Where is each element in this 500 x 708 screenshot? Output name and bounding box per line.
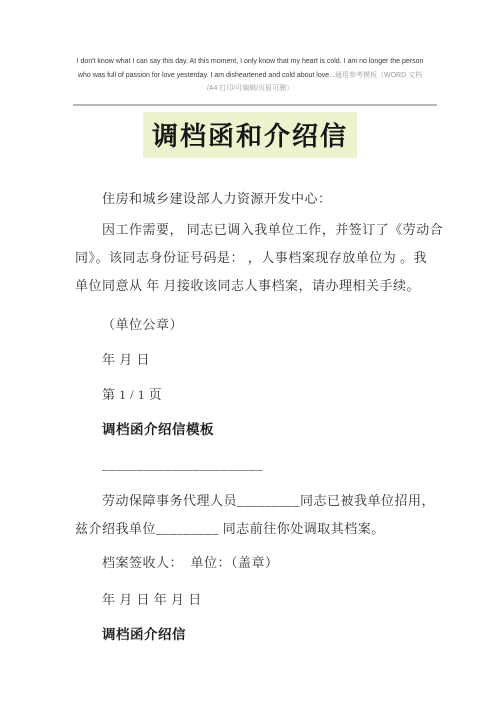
addressee-line: 住房和城乡建设部人力资源开发中心： [75,190,482,208]
header-template-note-2: /A4 打印/可编辑/页眉可删） [207,85,293,92]
date-line-1: 年 月 日 [75,351,482,369]
body-line-2: 同》。该同志身份证号码是： ，人事档案现存放单位为 。我 [75,249,455,267]
header-separator-rule [73,104,437,106]
header-note-line-1: I don't know what I can say this day. At… [65,55,435,69]
section-heading-letter: 调档函介绍信 [75,626,482,644]
body-line-agent: 劳动保障事务代理人员_________同志已被我单位招用， [75,492,482,510]
date-line-2: 年 月 日 年 月 日 [75,591,482,609]
archive-receiver-line: 档案签收人： 单位：（盖章） [75,554,482,572]
header-note-text: I don't know what I can say this day. At… [77,58,424,65]
body-line-introduce: 兹介绍我单位_________ 同志前往你处调取其档案。 [75,520,455,538]
header-note-line-2: who was full of passion for love yesterd… [65,69,435,83]
page-title: 调档函和介绍信 [143,112,357,158]
title-row: 调档函和介绍信 [0,112,500,158]
body-line-3: 单位同意从 年 月接收该同志人事档案，请办理相关手续。 [75,277,455,295]
header-note-text-dark: who was full of passion for love yesterd… [78,72,335,79]
page-header-note: I don't know what I can say this day. At… [65,55,435,96]
body-line-1: 因工作需要， 同志已调入我单位工作，并签订了《劳动合 [75,221,482,239]
document-page: I don't know what I can say this day. At… [0,0,500,708]
blank-underline: _______________________ [75,456,482,474]
seal-note-line: （单位公章） [75,316,482,334]
section-heading-template: 调档函介绍信模板 [75,421,482,439]
page-number-line: 第 1 / 1 页 [75,386,482,404]
header-note-line-3: /A4 打印/可编辑/页眉可删） [65,82,435,96]
header-template-note: 通用参考模板（WORD 文档 [335,72,422,79]
